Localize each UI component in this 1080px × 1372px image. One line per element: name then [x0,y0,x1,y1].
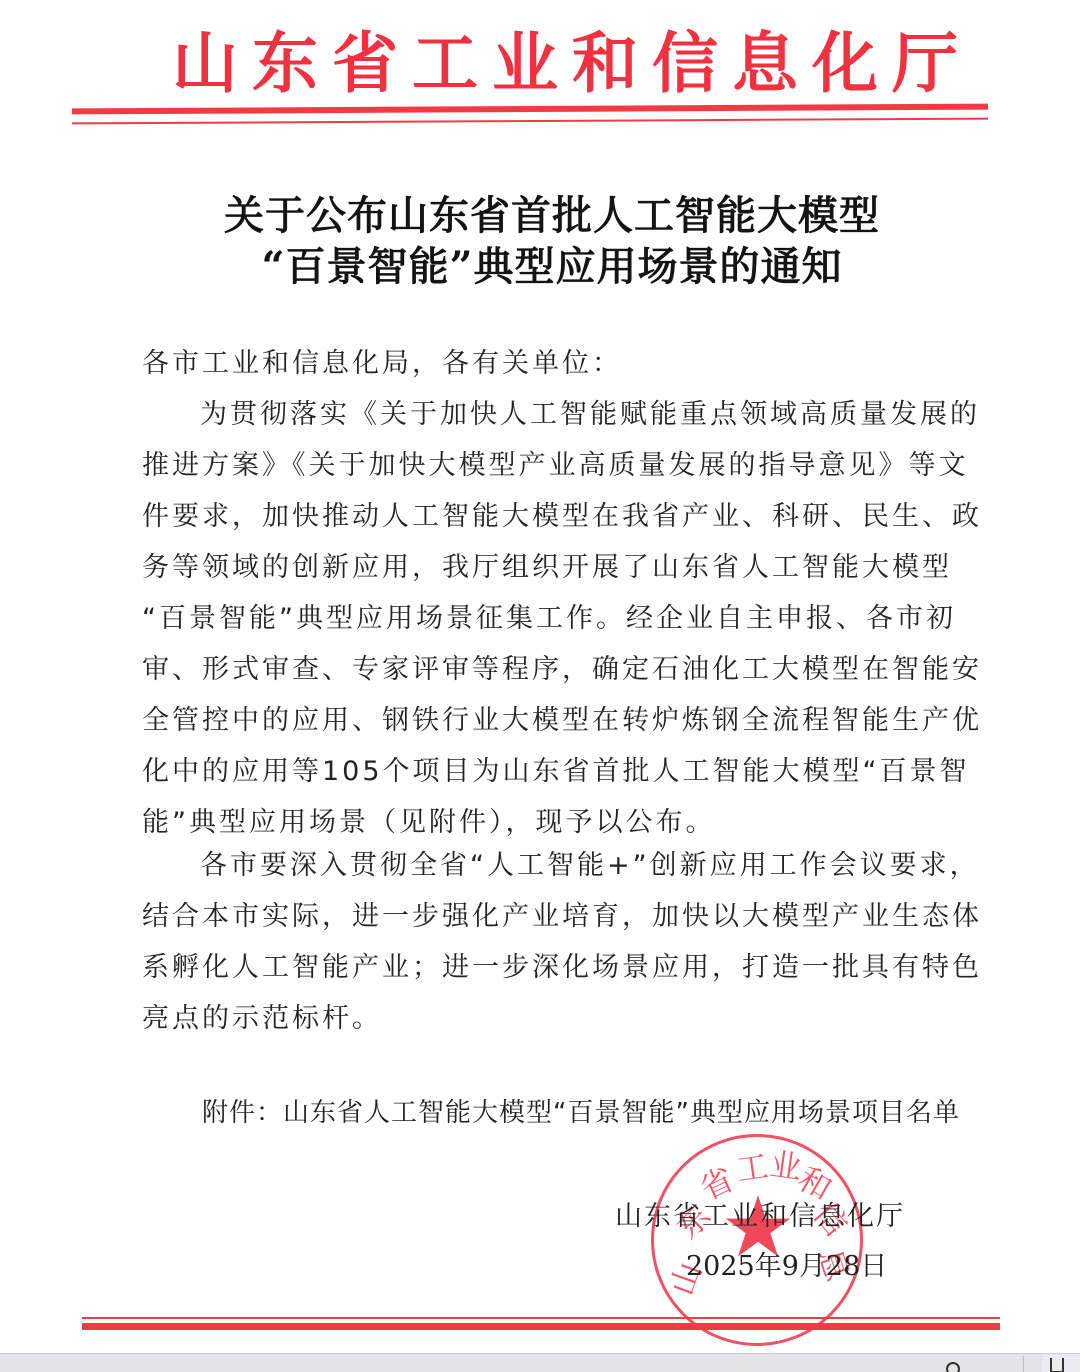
paragraph-line: 化中的应用等105个项目为山东省首批人工智能大模型“百景智 [142,746,974,797]
official-seal: 山 东 省 工 业 和 信 息 ★ [651,1134,863,1346]
paragraph-line: 推进方案》《关于加快大模型产业高质量发展的指导意见》等文 [142,440,974,491]
document-title-line-1: 关于公布山东省首批人工智能大模型 [12,184,1080,241]
signature-date: 2025年9月28日 [686,1244,887,1283]
salutation: 各市工业和信息化局，各有关单位： [142,338,974,389]
paragraph-line: 件要求，加快推动人工智能大模型在我省产业、科研、民生、政 [142,491,974,542]
window-tab-icon [1050,1358,1064,1372]
paragraph-1: 为贯彻落实《关于加快人工智能赋能重点领域高质量发展的 推进方案》《关于加快大模型… [142,389,974,848]
paragraph-line: 系孵化人工智能产业；进一步深化场景应用，打造一批具有特色 [142,942,974,993]
footer-rule-thin [82,1317,1000,1319]
paragraph-line: 亮点的示范标杆。 [142,993,974,1044]
masthead-issuer: 山东省工业和信息化厅 [172,26,892,102]
paragraph-line: 务等领域的创新应用，我厅组织开展了山东省人工智能大模型 [142,542,974,593]
document-title-line-2: “百景智能”典型应用场景的通知 [12,235,1080,292]
signature-issuer: 山东省工业和信息化厅 [615,1194,905,1233]
record-icon[interactable] [946,1362,960,1372]
paragraph-line: 审、形式审查、专家评审等程序，确定石油化工大模型在智能安 [142,644,974,695]
paragraph-line: “百景智能”典型应用场景征集工作。经企业自主申报、各市初 [142,593,974,644]
paragraph-2: 各市要深入贯彻全省“人工智能+”创新应用工作会议要求， 结合本市实际，进一步强化… [142,840,974,1044]
masthead-rule-thick [72,104,988,115]
window-tab-button[interactable] [1042,1354,1080,1372]
paragraph-line: 为贯彻落实《关于加快人工智能赋能重点领域高质量发展的 [142,389,974,440]
masthead-rule-thin [72,118,988,125]
paragraph-line: 结合本市实际，进一步强化产业培育，加快以大模型产业生态体 [142,891,974,942]
toolbar-divider [1023,1356,1024,1372]
salutation-text: 各市工业和信息化局，各有关单位： [142,338,974,389]
footer-rule-thick [82,1323,1000,1330]
document-page: 山东省工业和信息化厅 关于公布山东省首批人工智能大模型 “百景智能”典型应用场景… [0,0,1080,1330]
viewer-bottom-bar [0,1353,1080,1372]
paragraph-line: 全管控中的应用、钢铁行业大模型在转炉炼钢全流程智能生产优 [142,695,974,746]
paragraph-line: 各市要深入贯彻全省“人工智能+”创新应用工作会议要求， [142,840,974,891]
attachment-note: 附件：山东省人工智能大模型“百景智能”典型应用场景项目名单 [202,1092,960,1129]
